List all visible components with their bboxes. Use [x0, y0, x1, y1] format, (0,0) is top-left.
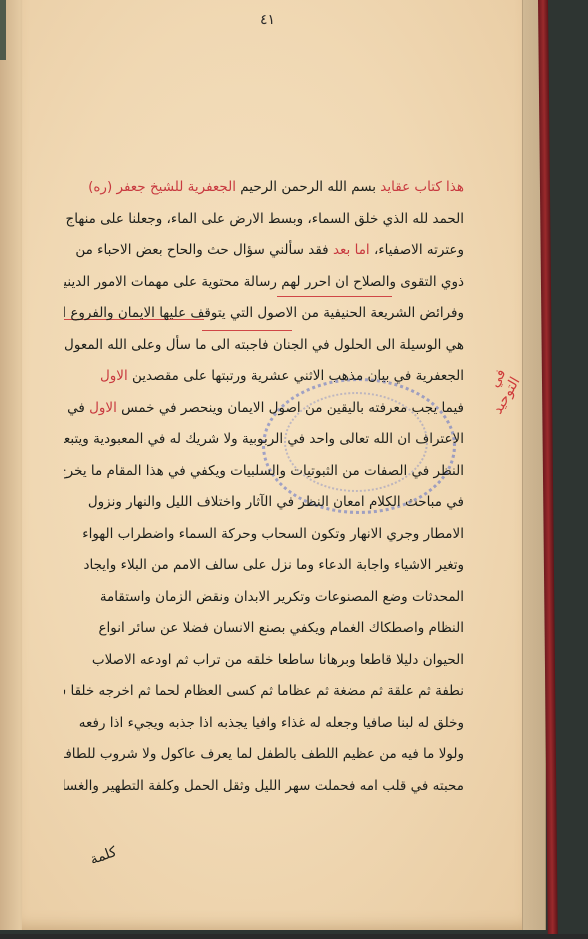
manuscript-page: ٤١ هذا كتاب عقايد بسم الله الرحمن الرحيم… — [22, 0, 523, 930]
text-line: محبته في قلب امه فحملت سهر الليل وثقل ال… — [64, 771, 464, 803]
text-line: الاعتراف ان الله تعالى واحد في الربوبية … — [64, 424, 464, 456]
text-line: المحدثات وضع المصنوعات وتكرير الابدان ون… — [64, 582, 464, 614]
text-line: وعترته الاصفياء، اما بعد فقد سألني سؤال … — [64, 235, 464, 267]
text-line: الحمد لله الذي خلق السماء، وبسط الارض عل… — [64, 204, 464, 236]
body-text: وفرائض الشريعة الحنيفية من الاصول التي ي… — [64, 305, 464, 321]
rubric-text: الاول — [100, 368, 128, 384]
text-line: ذوي التقوى والصلاح ان احرر لهم رسالة محت… — [64, 267, 464, 299]
body-text: هي الوسيلة الى الحلول في الجنان فاجبته ا… — [64, 337, 464, 353]
text-line: ولولا ما فيه من عظيم اللطف بالطفل لما يع… — [64, 739, 464, 771]
body-text: ولولا ما فيه من عظيم اللطف بالطفل لما يع… — [64, 746, 464, 762]
text-line: فيما يجب معرفته باليقين من اصول الايمان … — [64, 393, 464, 425]
body-text: الحمد لله الذي خلق السماء، وبسط الارض عل… — [64, 211, 464, 227]
text-line: الجعفرية في بيان مذهب الاثني عشرية ورتبت… — [64, 361, 464, 393]
body-text: الاعتراف ان الله تعالى واحد في الربوبية … — [64, 431, 464, 447]
body-text: نطفة ثم علقة ثم مضغة ثم عظاما ثم كسى الع… — [64, 683, 464, 699]
body-text: وتغير الاشياء واجابة الدعاء وما نزل على … — [83, 557, 464, 573]
text-line: وتغير الاشياء واجابة الدعاء وما نزل على … — [64, 550, 464, 582]
marginal-note: في التوحيد — [471, 366, 524, 425]
bottom-scan-border — [0, 934, 588, 939]
body-text: وخلق له لبنا صافيا وجعله له غذاء وافيا ي… — [79, 715, 464, 731]
rubric-text: الجعفرية للشيخ جعفر (ره) — [88, 179, 236, 195]
text-line: نطفة ثم علقة ثم مضغة ثم عظاما ثم كسى الع… — [64, 676, 464, 708]
body-text: الحيوان دليلا قاطعا وبرهانا ساطعا خلقه م… — [92, 652, 464, 668]
main-text-block: هذا كتاب عقايد بسم الله الرحمن الرحيم ال… — [64, 172, 464, 802]
text-line: الامطار وجري الانهار وتكون السحاب وحركة … — [64, 519, 464, 551]
body-text: الجعفرية في بيان مذهب الاثني عشرية ورتبت… — [128, 368, 464, 384]
body-text: ذوي التقوى والصلاح ان احرر لهم رسالة محت… — [64, 274, 464, 290]
text-line: وفرائض الشريعة الحنيفية من الاصول التي ي… — [64, 298, 464, 330]
folio-number: ٤١ — [260, 12, 275, 28]
body-text: الامطار وجري الانهار وتكون السحاب وحركة … — [82, 526, 464, 542]
text-line: وخلق له لبنا صافيا وجعله له غذاء وافيا ي… — [64, 708, 464, 740]
body-text: محبته في قلب امه فحملت سهر الليل وثقل ال… — [64, 778, 464, 794]
text-line: الحيوان دليلا قاطعا وبرهانا ساطعا خلقه م… — [64, 645, 464, 677]
catchword: كلمة — [88, 844, 119, 868]
text-line: النظر في الصفات من الثبوتيات والسلبيات و… — [64, 456, 464, 488]
body-text: المحدثات وضع المصنوعات وتكرير الابدان ون… — [100, 589, 464, 605]
body-text: فيما يجب معرفته باليقين من اصول الايمان … — [117, 400, 464, 416]
text-line: في مباحث الكلام امعان النظر في الآثار وا… — [64, 487, 464, 519]
text-line: هذا كتاب عقايد بسم الله الرحمن الرحيم ال… — [64, 172, 464, 204]
text-line: النظام واصطكاك الغمام ويكفي بصنع الانسان… — [64, 613, 464, 645]
rubric-text: اما بعد — [333, 242, 370, 258]
text-line: هي الوسيلة الى الحلول في الجنان فاجبته ا… — [64, 330, 464, 362]
rubric-text: هذا كتاب عقايد — [380, 179, 464, 195]
body-text: في التوحيد يعني — [64, 400, 89, 416]
rubric-text: الاول — [89, 400, 117, 416]
body-text: بسم الله الرحمن الرحيم — [236, 179, 380, 195]
body-text: النظر في الصفات من الثبوتيات والسلبيات و… — [64, 463, 464, 479]
body-text: فقد سألني سؤال حث والحاح بعض الاحباء من — [75, 242, 333, 258]
body-text: النظام واصطكاك الغمام ويكفي بصنع الانسان… — [98, 620, 464, 636]
body-text: في مباحث الكلام امعان النظر في الآثار وا… — [88, 494, 464, 510]
body-text: وعترته الاصفياء، — [370, 242, 464, 258]
